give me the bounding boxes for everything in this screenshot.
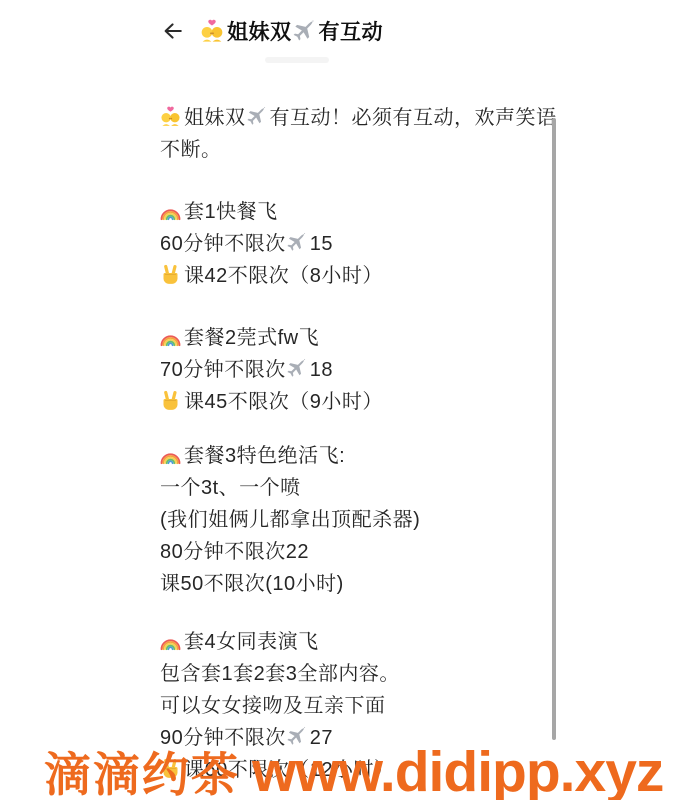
paragraph: 套餐3特色绝活飞:一个3t、一个喷(我们姐俩儿都拿出顶配杀器)80分钟不限次22… [160, 440, 564, 600]
text-line: 姐妹双有互动！必须有互动，欢声笑语 [160, 102, 564, 134]
watermark-cn-text: 滴滴约茶 [44, 738, 240, 800]
plane-emoji-icon [246, 106, 267, 127]
rainbow-emoji-icon [160, 630, 181, 651]
text-line: (我们姐俩儿都拿出顶配杀器) [160, 504, 564, 536]
kiss-emoji-icon [200, 19, 224, 43]
text-line: 不断。 [160, 134, 564, 166]
paragraph: 套1快餐飞60分钟不限次15课42不限次（8小时） [160, 196, 564, 292]
vhand-emoji-icon [160, 390, 181, 411]
text-line: 60分钟不限次15 [160, 228, 564, 260]
rainbow-emoji-icon [160, 200, 181, 221]
text-line: 课45不限次（9小时） [160, 386, 564, 418]
watermark-url-text: www.didipp.xyz [252, 739, 663, 800]
paragraph: 套餐2莞式fw飞70分钟不限次18课45不限次（9小时） [160, 322, 564, 418]
text-line: 套餐2莞式fw飞 [160, 322, 564, 354]
plane-emoji-icon [292, 19, 316, 43]
scrollbar-thumb[interactable] [552, 118, 556, 740]
text-line: 80分钟不限次22 [160, 536, 564, 568]
arrow-left-icon [159, 17, 187, 45]
text-line: 套餐3特色绝活飞: [160, 440, 564, 472]
rainbow-emoji-icon [160, 326, 181, 347]
text-line: 一个3t、一个喷 [160, 472, 564, 504]
plane-emoji-icon [286, 358, 307, 379]
plane-emoji-icon [286, 232, 307, 253]
text-line: 套1快餐飞 [160, 196, 564, 228]
header-fade-decoration [265, 57, 329, 63]
paragraph: 姐妹双有互动！必须有互动，欢声笑语不断。 [160, 102, 564, 166]
watermark: 滴滴约茶 www.didipp.xyz [44, 738, 663, 800]
text-line: 套4女同表演飞 [160, 626, 564, 658]
text-line: 70分钟不限次18 [160, 354, 564, 386]
app-screen: 姐妹双有互动 姐妹双有互动！必须有互动，欢声笑语不断。套1快餐飞60分钟不限次1… [0, 0, 694, 800]
kiss-emoji-icon [160, 106, 181, 127]
vhand-emoji-icon [160, 264, 181, 285]
text-line: 课50不限次(10小时) [160, 568, 564, 600]
page-title: 姐妹双有互动 [200, 16, 383, 46]
text-line: 可以女女接吻及互亲下面 [160, 690, 564, 722]
text-line: 包含套1套2套3全部内容。 [160, 658, 564, 690]
header: 姐妹双有互动 [0, 0, 694, 62]
back-button[interactable] [156, 14, 190, 48]
text-line: 课42不限次（8小时） [160, 260, 564, 292]
rainbow-emoji-icon [160, 444, 181, 465]
